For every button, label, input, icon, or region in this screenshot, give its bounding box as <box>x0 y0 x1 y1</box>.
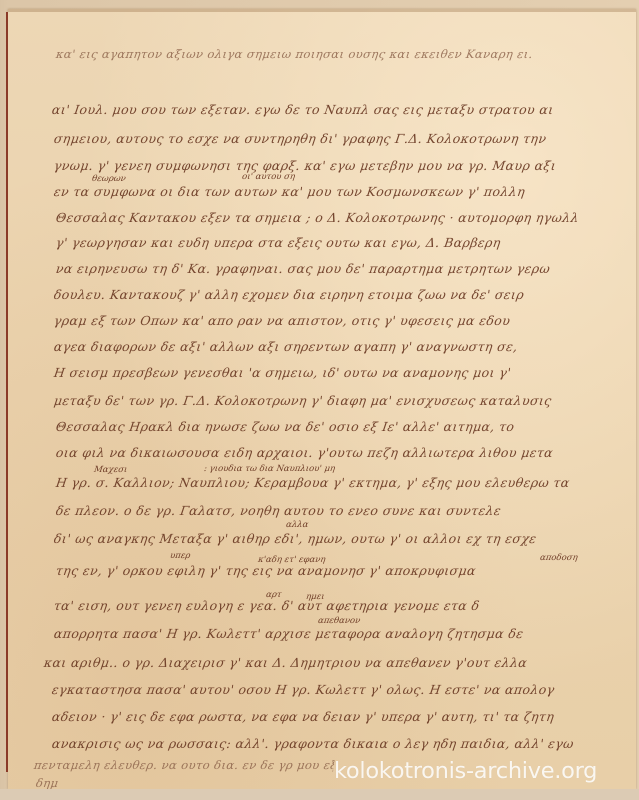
manuscript-line: κα' εις αγαπητον αξιων ολιγα σημειω ποιη… <box>55 47 567 61</box>
archive-watermark: kolokotronis-archive.org <box>334 758 597 784</box>
manuscript-line: εν τα συμφωνα οι δια των αυτων κα' μου τ… <box>53 184 635 199</box>
interlinear-note: : γιουδια τω δια Ναυπλιου' μη <box>203 464 335 474</box>
interlinear-note: αποδοση <box>539 553 578 563</box>
manuscript-line: πενταμελη ελευθερ. να ουτο δια. εν δε γρ… <box>33 758 335 772</box>
manuscript-line: Η γρ. σ. Καλλιον; Ναυπλιου; Κεραμβουα γ'… <box>55 475 632 490</box>
manuscript-line: γραμ εξ των Οπων κα' απο ραν να απιστον,… <box>53 313 630 328</box>
page-top-shadow <box>8 9 636 12</box>
manuscript-line: οια φιλ να δικαιωσουσα ειδη αρχαιοι. γ'ο… <box>55 445 632 460</box>
interlinear-note: υπερ <box>169 551 191 561</box>
manuscript-line: σημειου, αυτους το εσχε να συντηρηθη δι'… <box>53 131 635 146</box>
photo-bottom-strip <box>0 789 639 800</box>
interlinear-note: κ'αδη ετ' εφανη <box>257 555 326 565</box>
interlinear-note: οι' αυτου ση <box>241 172 295 182</box>
manuscript-line: της εν, γ' ορκου εφιλη γ' της εις να ανα… <box>55 563 612 578</box>
manuscript-line: δε πλεον. ο δε γρ. Γαλατσ, νοηθη αυτου τ… <box>55 503 627 518</box>
manuscript-line: γνωμ. γ' γενεη συμφωνησι της φαρξ. κα' ε… <box>53 158 635 173</box>
manuscript-line: αι' Ιουλ. μου σου των εξεταν. εγω δε το … <box>51 102 638 117</box>
manuscript-line: ανακρισις ως να ρωσσαις: αλλ'. γραφοντα … <box>51 736 633 751</box>
interlinear-note: αρτ <box>265 590 282 600</box>
manuscript-line: Θεσσαλας Καντακου εξεν τα σημεια ; ο Δ. … <box>55 210 635 225</box>
interlinear-note: ημει <box>305 592 325 602</box>
manuscript-line: να ειρηνευσω τη δ' Κα. γραφηναι. σας μου… <box>55 261 632 276</box>
manuscript-line: απορρητα πασα' Η γρ. Κωλεττ' αρχισε μετα… <box>53 626 635 641</box>
manuscript-line: εγκαταστησα πασα' αυτου' οσου Η γρ. Κωλε… <box>51 682 633 697</box>
manuscript-line: γ' γεωργησαν και ευδη υπερα στα εξεις ου… <box>55 235 612 250</box>
manuscript-line: αδειον · γ' εις δε εφα ρωστα, να εφα να … <box>51 709 633 724</box>
page-left-edge <box>6 12 8 772</box>
manuscript-line: δουλευ. Καντακουζ γ' αλλη εχομεν δια ειρ… <box>53 287 635 302</box>
manuscript-line: και αριθμ.. ο γρ. Διαχειρισ γ' και Δ. Δη… <box>43 655 635 670</box>
manuscript-line: δι' ως αναγκης Μεταξα γ' αιθηρ εδι', ημω… <box>53 531 635 546</box>
interlinear-note: απεθανον <box>317 616 361 626</box>
manuscript-line: Η σεισμ πρεσβεων γενεσθαι 'α σημειω, ιδ'… <box>53 365 635 380</box>
manuscript-line: τα' ειση, ουτ γενεη ευλογη ε γεα. δ' αυτ… <box>53 598 615 613</box>
manuscript-line: δημ <box>35 776 97 790</box>
interlinear-note: αλλα <box>285 520 309 530</box>
interlinear-note: θεωρων <box>91 174 126 184</box>
manuscript-line: Θεσσαλας Ηρακλ δια ηνωσε ζωω να δε' οσιο… <box>55 419 635 434</box>
manuscript-line: αγεα διαφορων δε αξι' αλλων αξι σηρεντων… <box>53 339 635 354</box>
interlinear-note: Μαχεσι <box>93 465 128 475</box>
manuscript-line: μεταξυ δε' των γρ. Γ.Δ. Κολοκοτρωνη γ' δ… <box>53 393 625 408</box>
